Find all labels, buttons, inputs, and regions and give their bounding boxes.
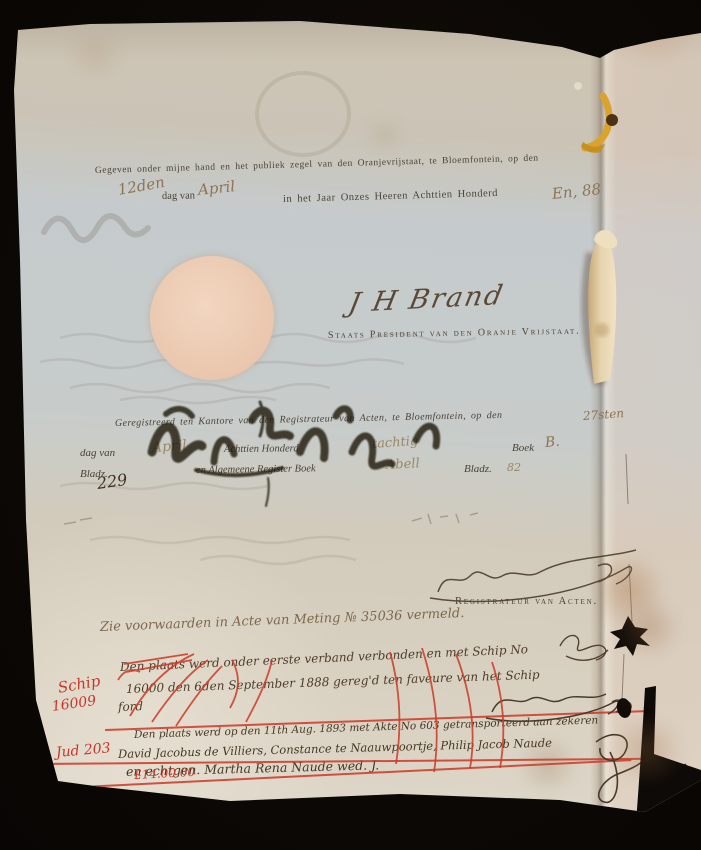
foxing-spot [360,120,410,150]
torn-flap [581,230,617,386]
ink-blot-bleedthrough [152,402,437,506]
water-stain [516,736,580,794]
conditions-initials-signature [560,635,608,660]
red-cancellation-strokes [118,648,503,772]
ink-and-damage-overlay [0,0,701,850]
water-stain [614,600,684,656]
foxing-spot [60,34,130,74]
sealing-ribbon [574,82,618,153]
document-paper: Gegeven onder mijne hand en het publiek … [0,0,701,850]
photo-of-document: Gegeven onder mijne hand en het publiek … [0,0,701,850]
mortgage-signature [486,694,631,721]
water-stain [604,718,690,782]
